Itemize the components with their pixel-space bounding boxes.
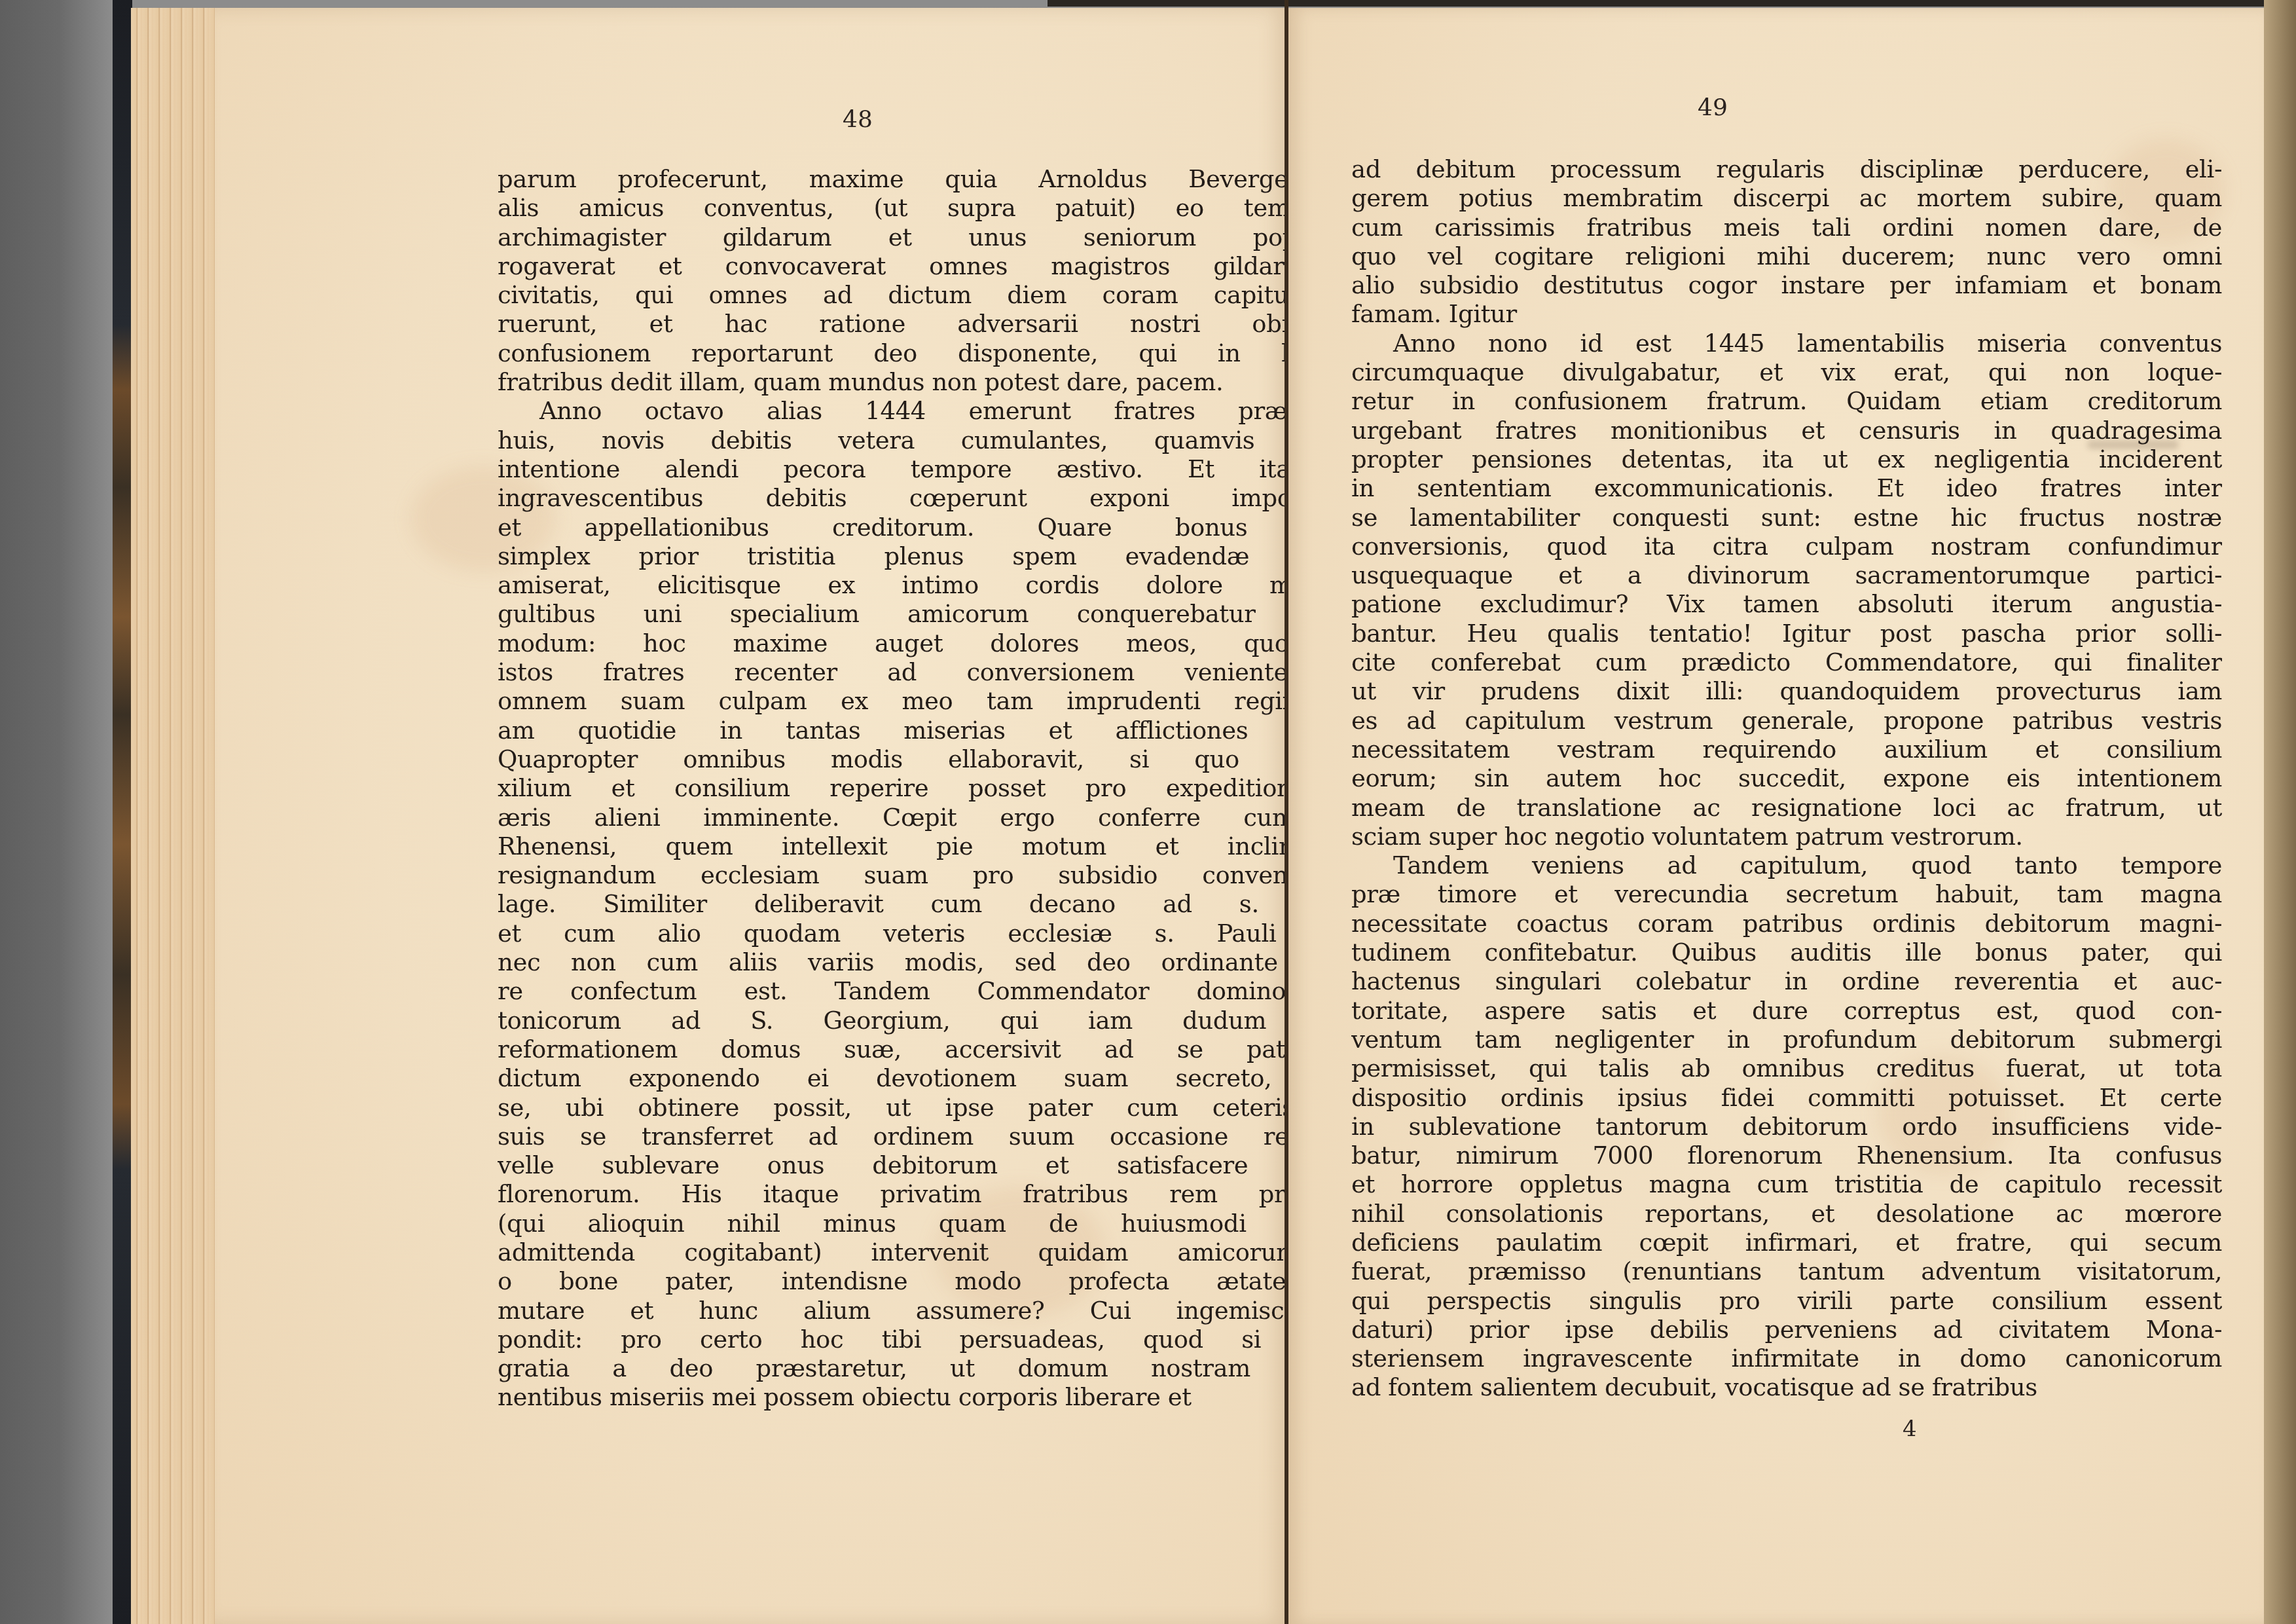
text-line: necessitate coactus coram patribus ordin… bbox=[1351, 910, 2222, 938]
text-line: et horrore oppletus magna cum tristitia … bbox=[1351, 1170, 2222, 1199]
text-line: hactenus singulari colebatur in ordine r… bbox=[1351, 967, 2222, 996]
text-line: cite conferebat cum prædicto Commendator… bbox=[1351, 648, 2222, 677]
text-line: sciam super hoc negotio voluntatem patru… bbox=[1351, 822, 2222, 851]
right-page-edge bbox=[2264, 0, 2296, 1624]
text-line: ventum tam negligenter in profundum debi… bbox=[1351, 1025, 2222, 1054]
text-line: quo vel cogitare religioni mihi ducerem;… bbox=[1351, 242, 2222, 271]
text-line: alio subsidio destitutus cogor instare p… bbox=[1351, 271, 2222, 300]
right-page: 49 ad debitum processum regularis discip… bbox=[1288, 8, 2264, 1624]
text-line: conversionis, quod ita citra culpam nost… bbox=[1351, 532, 2222, 561]
text-line: ad fontem salientem decubuit, vocatisque… bbox=[1351, 1373, 2222, 1402]
text-line: gerem potius membratim discerpi ac morte… bbox=[1351, 184, 2222, 213]
text-line: usquequaque et a divinorum sacramentorum… bbox=[1351, 561, 2222, 590]
text-line: ad debitum processum regularis disciplin… bbox=[1351, 155, 2222, 184]
text-line: præ timore et verecundia secretum habuit… bbox=[1351, 880, 2222, 909]
page-number-left: 48 bbox=[825, 106, 890, 133]
text-line: toritate, aspere satis et dure correptus… bbox=[1351, 997, 2222, 1025]
text-line: es ad capitulum vestrum generale, propon… bbox=[1351, 707, 2222, 735]
text-line: urgebant fratres monitionibus et censuri… bbox=[1351, 416, 2222, 445]
text-line: famam. Igitur bbox=[1351, 300, 2222, 329]
text-line: steriensem ingravescente infirmitate in … bbox=[1351, 1344, 2222, 1373]
text-line: dispositio ordinis ipsius fidei committi… bbox=[1351, 1084, 2222, 1113]
text-line: bantur. Heu qualis tentatio! Igitur post… bbox=[1351, 619, 2222, 648]
text-line: tudinem confitebatur. Quibus auditis ill… bbox=[1351, 938, 2222, 967]
text-line: necessitatem vestram requirendo auxilium… bbox=[1351, 735, 2222, 764]
text-line: deficiens paulatim cœpit infirmari, et f… bbox=[1351, 1228, 2222, 1257]
text-line: patione excludimur? Vix tamen absoluti i… bbox=[1351, 590, 2222, 619]
text-line: fuerat, præmisso (renuntians tantum adve… bbox=[1351, 1257, 2222, 1286]
text-line: eorum; sin autem hoc succedit, expone ei… bbox=[1351, 764, 2222, 793]
page-number-right: 49 bbox=[1680, 94, 1745, 121]
page-edges bbox=[131, 8, 216, 1624]
text-line: meam de translatione ac resignatione loc… bbox=[1351, 794, 2222, 822]
text-line: nihil consolationis reportans, et desola… bbox=[1351, 1200, 2222, 1228]
signature-mark: 4 bbox=[1903, 1416, 1917, 1442]
text-line: daturi) prior ipse debilis perveniens ad… bbox=[1351, 1316, 2222, 1344]
text-line: permisisset, qui talis ab omnibus credit… bbox=[1351, 1054, 2222, 1083]
text-line: circumquaque divulgabatur, et vix erat, … bbox=[1351, 358, 2222, 387]
text-line: batur, nimirum 7000 florenorum Rhenensiu… bbox=[1351, 1141, 2222, 1170]
text-line: qui perspectis singulis pro virili parte… bbox=[1351, 1287, 2222, 1316]
text-line: ut vir prudens dixit illi: quandoquidem … bbox=[1351, 677, 2222, 706]
text-line: cum carissimis fratribus meis tali ordin… bbox=[1351, 213, 2222, 242]
text-line: Anno nono id est 1445 lamentabilis miser… bbox=[1351, 329, 2222, 358]
left-page: 48 parum profecerunt, maxime quia Arnold… bbox=[215, 8, 1288, 1624]
right-page-text: ad debitum processum regularis disciplin… bbox=[1351, 155, 2222, 1403]
text-line: propter pensiones detentas, ita ut ex ne… bbox=[1351, 445, 2222, 474]
top-shadow bbox=[1048, 0, 2291, 7]
text-line: se lamentabiliter conquesti sunt: estne … bbox=[1351, 504, 2222, 532]
book-binding bbox=[113, 0, 132, 1624]
text-line: Tandem veniens ad capitulum, quod tanto … bbox=[1351, 851, 2222, 880]
text-line: retur in confusionem fratrum. Quidam eti… bbox=[1351, 387, 2222, 416]
text-line: in sententiam excommunicationis. Et ideo… bbox=[1351, 474, 2222, 503]
text-line: in sublevatione tantorum debitorum ordo … bbox=[1351, 1113, 2222, 1141]
